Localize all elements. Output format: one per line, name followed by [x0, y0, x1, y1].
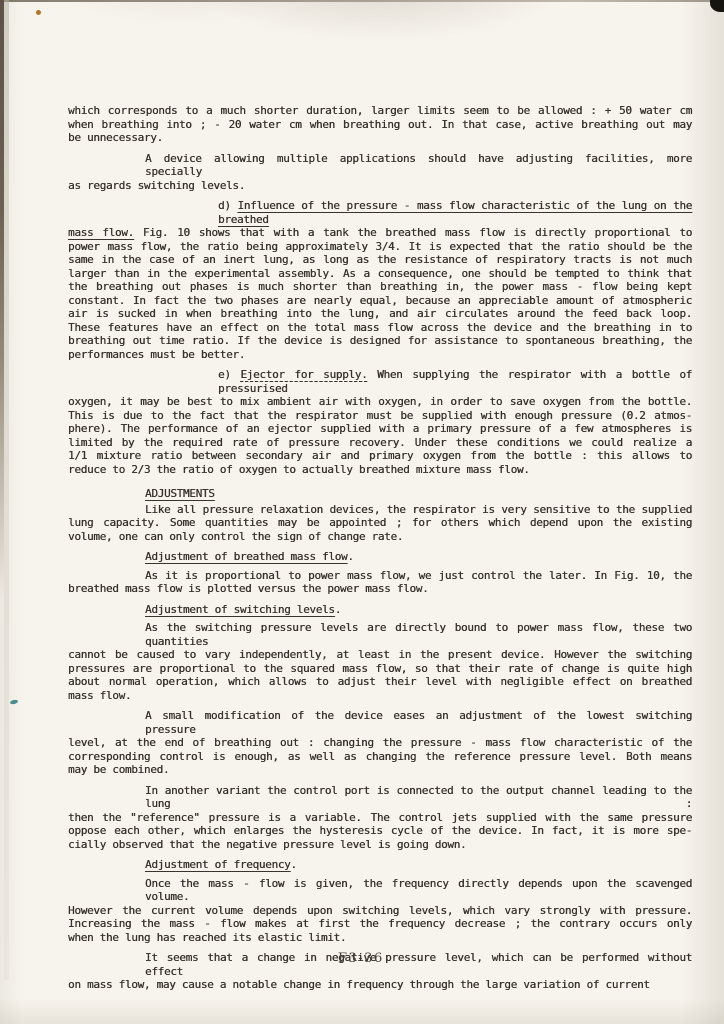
corner-mark — [710, 0, 724, 12]
text-line: 1/1 mixture ratio between secondary air … — [68, 449, 692, 463]
text-line: as regards switching levels. — [68, 179, 692, 193]
text-line: Adjustment of switching levels. — [68, 603, 692, 617]
text-segment: 1/1 mixture ratio between secondary air … — [68, 449, 692, 462]
text-line: ADJUSTMENTS — [68, 487, 692, 501]
text-line: same in the case of an inert lung, as lo… — [68, 253, 692, 267]
text-segment: Fig. 10 shows that with a tank the breat… — [134, 226, 692, 239]
paragraph: A small modification of the device eases… — [68, 709, 692, 777]
text-segment: may be combined. — [68, 763, 169, 776]
underlined-text: Adjustment of breathed mass flow — [145, 550, 347, 563]
pen-mark — [10, 699, 19, 705]
text-line: pressures are proportional to the square… — [68, 662, 692, 676]
paragraph: e) Ejector for supply. When supplying th… — [68, 368, 692, 476]
text-segment: performances must be better. — [68, 348, 245, 361]
text-line: be unnecessary. — [68, 131, 692, 145]
text-segment: cially observed that the negative pressu… — [68, 838, 466, 851]
text-segment: corresponding control is enough, as well… — [68, 750, 692, 763]
text-line: mass flow. Fig. 10 shows that with a tan… — [68, 226, 692, 240]
document-body: which corresponds to a much shorter dura… — [68, 104, 692, 999]
text-line: power mass flow, the ratio being approxi… — [68, 240, 692, 254]
paragraph: Like all pressure relaxation devices, th… — [68, 503, 692, 544]
text-line: As the switching pressure levels are dir… — [68, 621, 692, 648]
underlined-text: mass flow. — [68, 226, 134, 239]
text-line: This is due to the fact that the respira… — [68, 409, 692, 423]
text-segment: breathed mass flow is plotted versus the… — [68, 582, 428, 595]
text-line: cannot be caused to vary independently, … — [68, 648, 692, 662]
text-line: may be combined. — [68, 763, 692, 777]
scanned-page: which corresponds to a much shorter dura… — [0, 0, 724, 1024]
section-heading: Adjustment of frequency. — [68, 858, 692, 872]
text-line: volume, one can only control the sign of… — [68, 530, 692, 544]
text-line: mass flow. — [68, 689, 692, 703]
text-line: oppose each other, which enlarges the hy… — [68, 824, 692, 838]
text-segment: when breathing into ; - 20 water cm when… — [68, 118, 692, 131]
text-segment: which corresponds to a much shorter dura… — [68, 104, 692, 117]
underlined-text: Adjustment of switching levels — [145, 603, 335, 616]
text-segment: same in the case of an inert lung, as lo… — [68, 253, 692, 266]
text-segment: cannot be caused to vary independently, … — [68, 648, 692, 661]
text-segment: on mass flow, may cause a notable change… — [68, 978, 650, 991]
text-line: when the lung has reached its elastic li… — [68, 931, 692, 945]
paragraph: which corresponds to a much shorter dura… — [68, 104, 692, 145]
text-segment: power mass flow, the ratio being approxi… — [68, 240, 692, 253]
scan-top-edge — [0, 0, 724, 2]
text-line: In another variant the control port is c… — [68, 784, 692, 811]
text-line: However the current volume depends upon … — [68, 904, 692, 918]
text-segment: volume, one can only control the sign of… — [68, 530, 403, 543]
text-segment: the breathing out phases is much shorter… — [68, 280, 692, 293]
text-segment: then the "reference" pressure is a varia… — [68, 811, 692, 824]
text-segment: breathing out time ratio. If the device … — [68, 334, 692, 347]
text-line: e) Ejector for supply. When supplying th… — [68, 368, 692, 395]
underlined-text: Ejector for supply. — [240, 368, 367, 381]
text-segment: Once the mass - flow is given, the frequ… — [145, 877, 692, 904]
text-segment: Increasing the mass - flow makes at firs… — [68, 917, 692, 930]
text-line: then the "reference" pressure is a varia… — [68, 811, 692, 825]
paragraph: As it is proportional to power mass flow… — [68, 569, 692, 596]
text-segment: As the switching pressure levels are dir… — [145, 621, 692, 648]
text-segment: limited by the required rate of pressure… — [68, 436, 692, 449]
text-segment: level, at the end of breathing out : cha… — [68, 736, 692, 749]
scan-left-edge-highlight — [4, 0, 9, 980]
text-segment: mass flow. — [68, 689, 131, 702]
text-segment: . — [290, 858, 296, 871]
text-segment: phere). The performance of an ejector su… — [68, 422, 692, 435]
text-segment: A small modification of the device eases… — [145, 709, 692, 736]
text-line: when breathing into ; - 20 water cm when… — [68, 118, 692, 132]
text-line: As it is proportional to power mass flow… — [68, 569, 692, 583]
text-line: breathing out time ratio. If the device … — [68, 334, 692, 348]
text-line: limited by the required rate of pressure… — [68, 436, 692, 450]
text-segment: A device allowing multiple applications … — [145, 152, 692, 179]
text-line: oxygen, it may be best to mix ambient ai… — [68, 395, 692, 409]
text-segment: It seems that a change in negative press… — [145, 951, 692, 978]
text-segment: d) — [218, 199, 237, 212]
text-line: breathed mass flow is plotted versus the… — [68, 582, 692, 596]
text-segment: larger than in the experimental assembly… — [68, 267, 692, 280]
text-line: cially observed that the negative pressu… — [68, 838, 692, 852]
text-segment: pressures are proportional to the square… — [68, 662, 692, 675]
text-segment: . — [335, 603, 341, 616]
text-line: reduce to 2/3 the ratio of oxygen to act… — [68, 463, 692, 477]
text-line: about normal operation, which allows to … — [68, 675, 692, 689]
text-segment: constant. In fact the two phases are nea… — [68, 294, 692, 307]
text-line: Adjustment of frequency. — [68, 858, 692, 872]
text-segment: Like all pressure relaxation devices, th… — [145, 503, 692, 516]
underlined-text: Adjustment of frequency — [145, 858, 290, 871]
paragraph: d) Influence of the pressure - mass flow… — [68, 199, 692, 361]
text-line: phere). The performance of an ejector su… — [68, 422, 692, 436]
text-line: Increasing the mass - flow makes at firs… — [68, 917, 692, 931]
text-segment: . — [347, 550, 353, 563]
text-line: the breathing out phases is much shorter… — [68, 280, 692, 294]
text-segment: about normal operation, which allows to … — [68, 675, 692, 688]
paragraph: Once the mass - flow is given, the frequ… — [68, 877, 692, 945]
section-heading: Adjustment of switching levels. — [68, 603, 692, 617]
section-heading: ADJUSTMENTS — [68, 487, 692, 501]
underlined-text: Influence of the pressure - mass flow ch… — [218, 199, 692, 226]
section-heading: Adjustment of breathed mass flow. — [68, 550, 692, 564]
text-line: d) Influence of the pressure - mass flow… — [68, 199, 692, 226]
text-line: A small modification of the device eases… — [68, 709, 692, 736]
text-segment: As it is proportional to power mass flow… — [145, 569, 692, 582]
text-segment: However the current volume depends upon … — [68, 904, 692, 917]
text-line: larger than in the experimental assembly… — [68, 267, 692, 281]
text-segment: These features have an effect on the tot… — [68, 321, 692, 334]
paragraph: In another variant the control port is c… — [68, 784, 692, 852]
text-segment: e) — [218, 368, 240, 381]
text-line: corresponding control is enough, as well… — [68, 750, 692, 764]
text-line: performances must be better. — [68, 348, 692, 362]
paragraph: A device allowing multiple applications … — [68, 152, 692, 193]
text-segment: oxygen, it may be best to mix ambient ai… — [68, 395, 692, 408]
text-line: Once the mass - flow is given, the frequ… — [68, 877, 692, 904]
text-segment: This is due to the fact that the respira… — [68, 409, 692, 422]
text-line: Adjustment of breathed mass flow. — [68, 550, 692, 564]
text-line: A device allowing multiple applications … — [68, 152, 692, 179]
underlined-text: ADJUSTMENTS — [145, 487, 215, 500]
paragraph: As the switching pressure levels are dir… — [68, 621, 692, 702]
page-number: F3-36 — [338, 951, 384, 966]
text-segment: reduce to 2/3 the ratio of oxygen to act… — [68, 463, 530, 476]
text-line: level, at the end of breathing out : cha… — [68, 736, 692, 750]
text-line: on mass flow, may cause a notable change… — [68, 978, 692, 992]
text-line: constant. In fact the two phases are nea… — [68, 294, 692, 308]
text-segment: In another variant the control port is c… — [145, 784, 692, 811]
ink-speck — [36, 10, 41, 15]
text-segment: when the lung has reached its elastic li… — [68, 931, 346, 944]
text-line: Like all pressure relaxation devices, th… — [68, 503, 692, 517]
text-line: air is sucked in when breathing into the… — [68, 307, 692, 321]
text-segment: as regards switching levels. — [68, 179, 245, 192]
text-line: which corresponds to a much shorter dura… — [68, 104, 692, 118]
text-segment: air is sucked in when breathing into the… — [68, 307, 692, 320]
text-segment: be unnecessary. — [68, 131, 163, 144]
text-line: lung capacity. Some quantities may be ap… — [68, 516, 692, 530]
text-segment: lung capacity. Some quantities may be ap… — [68, 516, 692, 529]
text-segment: oppose each other, which enlarges the hy… — [68, 824, 692, 837]
text-line: These features have an effect on the tot… — [68, 321, 692, 335]
